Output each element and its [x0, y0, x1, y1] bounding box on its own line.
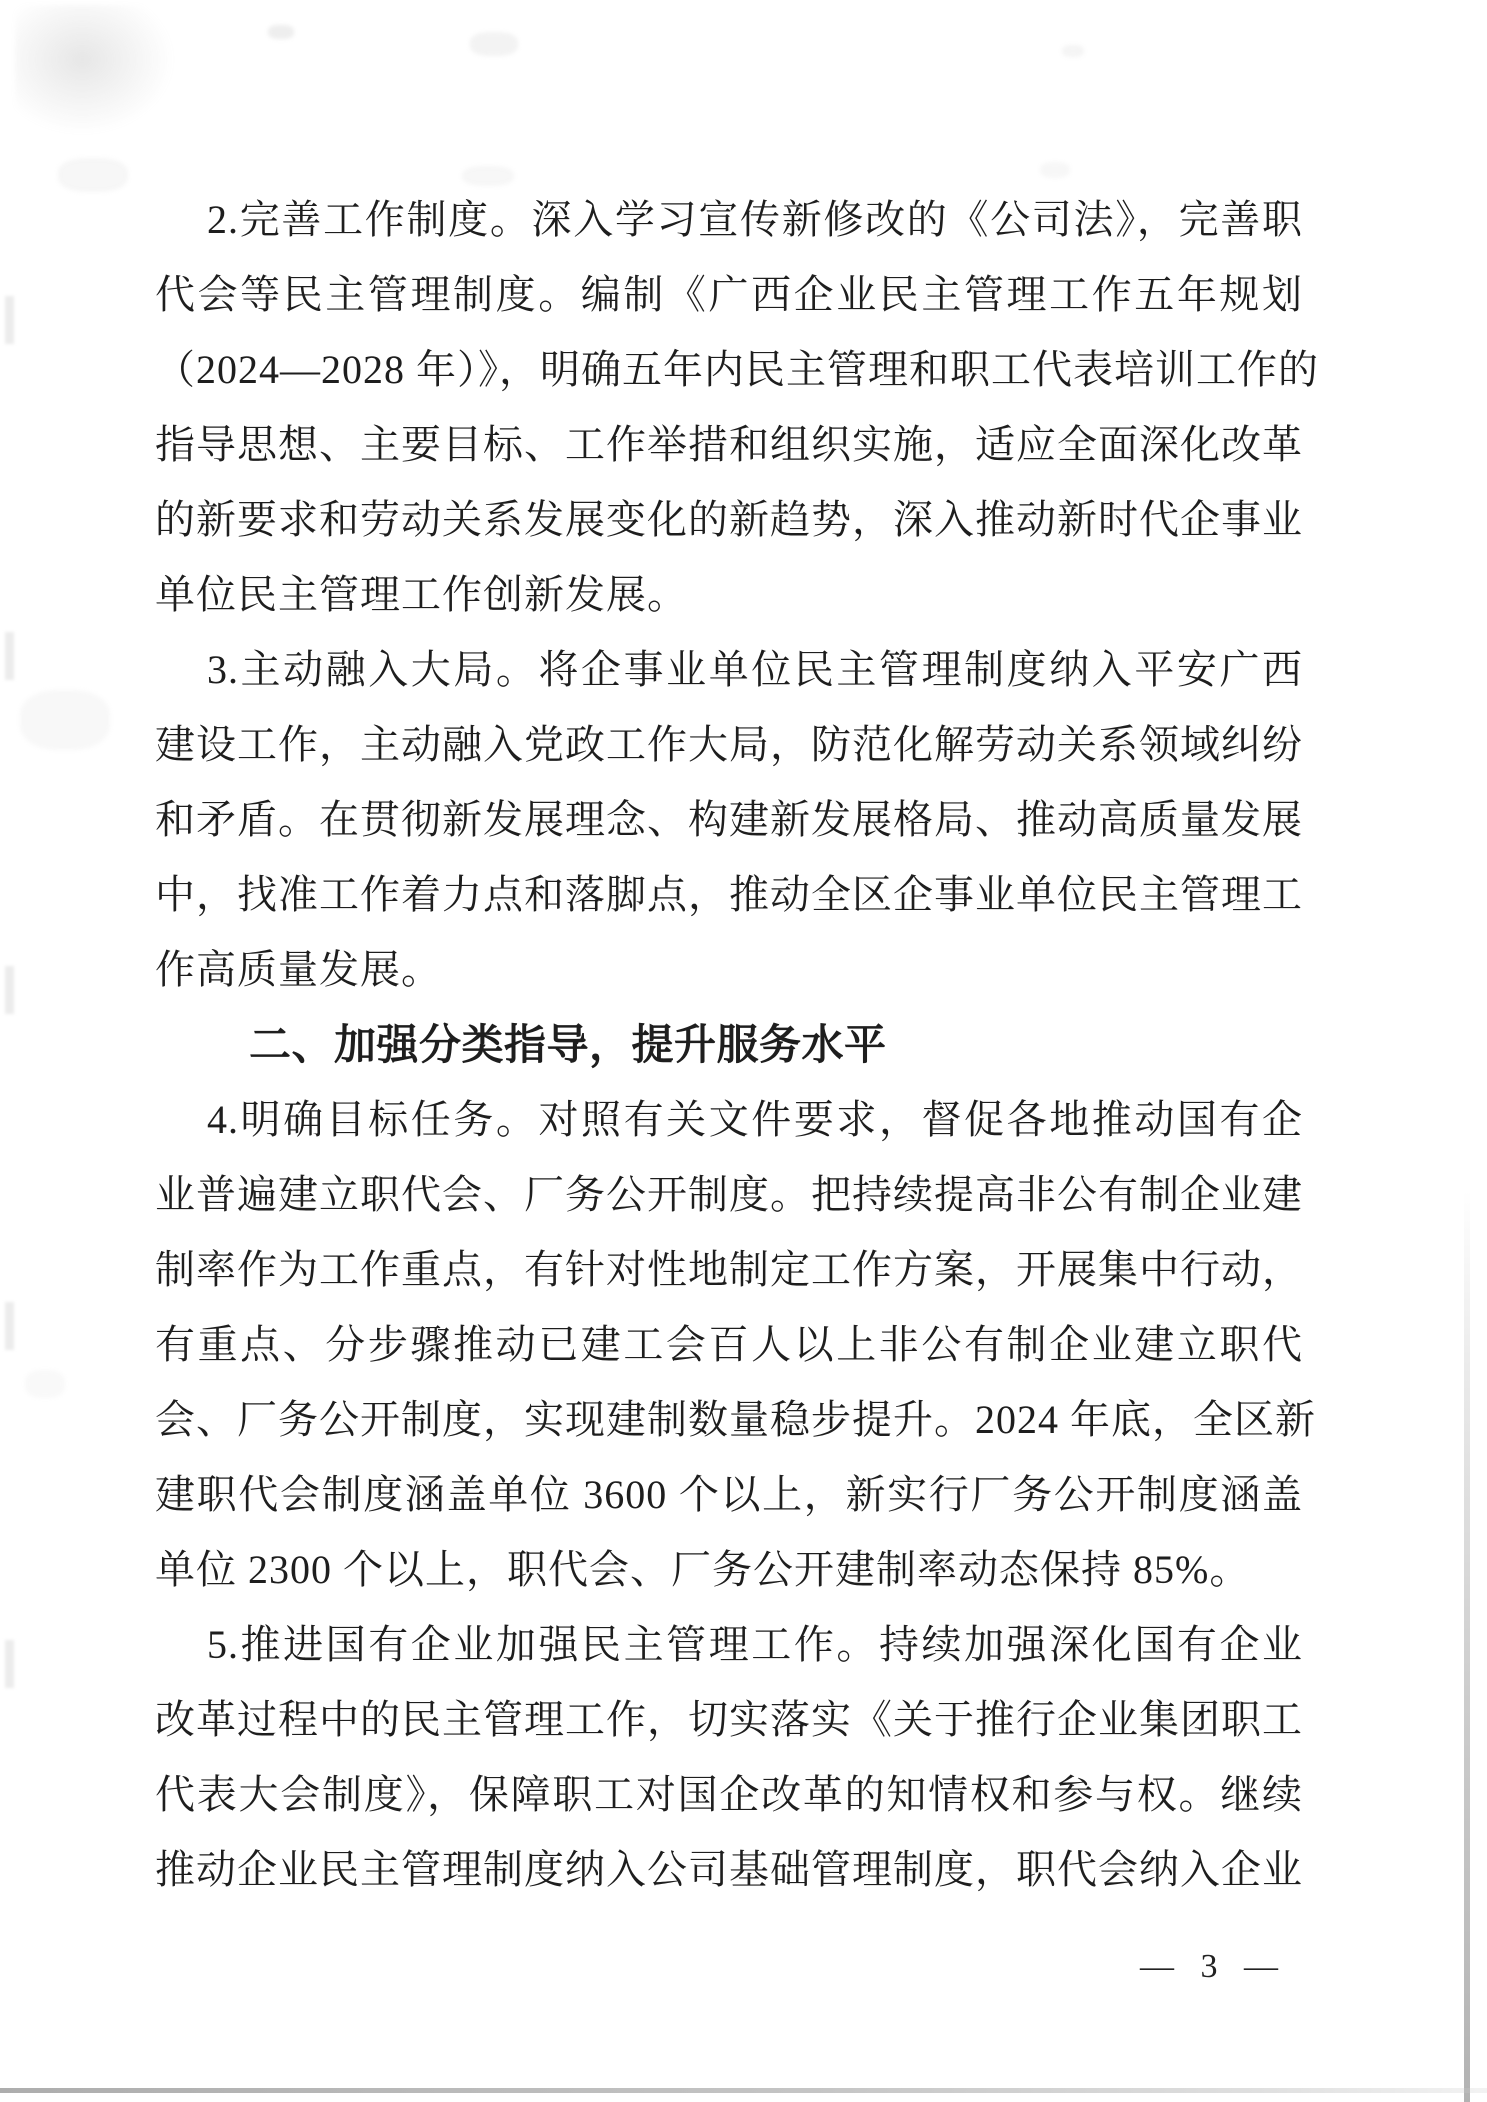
text-line: 推动企业民主管理制度纳入公司基础管理制度，职代会纳入企业 — [155, 1832, 1303, 1907]
scan-roller-mark — [5, 632, 14, 680]
scan-speck — [58, 158, 128, 192]
text-line: （2024—2028 年）》，明确五年内民主管理和职工代表培训工作的 — [155, 332, 1303, 407]
scan-speck — [1062, 45, 1084, 57]
scan-speck — [25, 1370, 65, 1398]
text-line: 有重点、分步骤推动已建工会百人以上非公有制企业建立职代 — [155, 1307, 1303, 1382]
scan-speck — [470, 32, 518, 56]
text-line: 单位 2300 个以上，职代会、厂务公开建制率动态保持 85%。 — [155, 1532, 1303, 1607]
text-line: 改革过程中的民主管理工作，切实落实《关于推行企业集团职工 — [155, 1682, 1303, 1757]
scan-edge-line-right — [1464, 1190, 1470, 2102]
text-line: 建职代会制度涵盖单位 3600 个以上，新实行厂务公开制度涵盖 — [155, 1457, 1303, 1532]
text-line: 作高质量发展。 — [155, 932, 1303, 1007]
text-line: 指导思想、主要目标、工作举措和组织实施，适应全面深化改革 — [155, 407, 1303, 482]
text-line: 单位民主管理工作创新发展。 — [155, 557, 1303, 632]
text-block: 2.完善工作制度。深入学习宣传新修改的《公司法》，完善职 代会等民主管理制度。编… — [155, 182, 1303, 1907]
scan-roller-mark — [5, 296, 14, 344]
text-line: 代表大会制度》，保障职工对国企改革的知情权和参与权。继续 — [155, 1757, 1303, 1832]
scan-roller-mark — [5, 1640, 14, 1688]
section-heading: 二、加强分类指导，提升服务水平 — [155, 1007, 1303, 1082]
text-line: 业普遍建立职代会、厂务公开制度。把持续提高非公有制企业建 — [155, 1157, 1303, 1232]
text-line: 的新要求和劳动关系发展变化的新趋势，深入推动新时代企事业 — [155, 482, 1303, 557]
scan-speck — [268, 25, 294, 39]
scan-roller-mark — [5, 1302, 14, 1350]
scan-speck — [1040, 162, 1070, 178]
text-line: 5.推进国有企业加强民主管理工作。持续加强深化国有企业 — [155, 1607, 1303, 1682]
scan-speck — [20, 690, 110, 750]
text-line: 制率作为工作重点，有针对性地制定工作方案，开展集中行动， — [155, 1232, 1303, 1307]
text-line: 2.完善工作制度。深入学习宣传新修改的《公司法》，完善职 — [155, 182, 1303, 257]
text-line: 3.主动融入大局。将企事业单位民主管理制度纳入平安广西 — [155, 632, 1303, 707]
text-line: 会、厂务公开制度，实现建制数量稳步提升。2024 年底，全区新 — [155, 1382, 1303, 1457]
document-page: 2.完善工作制度。深入学习宣传新修改的《公司法》，完善职 代会等民主管理制度。编… — [0, 0, 1487, 2102]
scan-smudge — [15, 5, 175, 135]
text-line: 和矛盾。在贯彻新发展理念、构建新发展格局、推动高质量发展 — [155, 782, 1303, 857]
scan-edge-line-bottom — [0, 2088, 1487, 2093]
text-line: 4.明确目标任务。对照有关文件要求，督促各地推动国有企 — [155, 1082, 1303, 1157]
page-number: — 3 — — [1140, 1948, 1287, 1986]
text-line: 代会等民主管理制度。编制《广西企业民主管理工作五年规划 — [155, 257, 1303, 332]
text-line: 中，找准工作着力点和落脚点，推动全区企事业单位民主管理工 — [155, 857, 1303, 932]
text-line: 建设工作，主动融入党政工作大局，防范化解劳动关系领域纠纷 — [155, 707, 1303, 782]
scan-roller-mark — [5, 966, 14, 1014]
